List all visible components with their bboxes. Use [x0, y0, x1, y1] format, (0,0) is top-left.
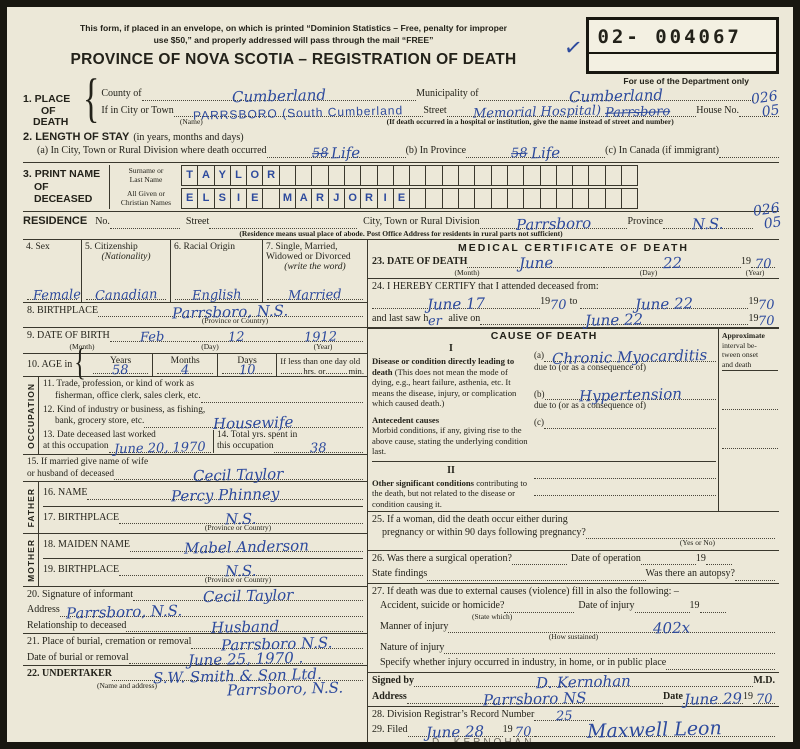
letter-cell [605, 165, 622, 186]
occupation-side-text: OCCUPATION [26, 383, 36, 449]
citizenship-fill: Canadian [86, 291, 166, 300]
informant-relationship-fill: Husband [126, 622, 363, 632]
letter-cell [605, 188, 622, 209]
length-of-stay-number: 2. [23, 131, 32, 145]
instruction-line-1: This form, if placed in an envelope, on … [23, 23, 564, 35]
letter-cell: E [246, 188, 263, 209]
industry-value: Housewife [213, 418, 294, 429]
operation-year-prefix: 19 [696, 553, 706, 566]
section-print-name: 3.PRINT NAME OF DECEASED Surname or Last… [23, 162, 779, 212]
county-value: Cumberland [232, 90, 326, 101]
given-names-caption: All Given or Christian Names [110, 189, 182, 207]
letter-cell [393, 165, 410, 186]
residence-street-label: Street [186, 216, 209, 229]
age-less-than-day: If less than one day old hrs. or min. [277, 354, 367, 377]
undertaker-label: 22. UNDERTAKER [27, 668, 112, 681]
father-name-fill: Percy Phinney [87, 490, 363, 500]
signed-by-value: D. Kernohan [536, 677, 631, 688]
letter-cell [556, 165, 573, 186]
occupation-block: OCCUPATION 11. Trade, profession, or kin… [23, 377, 367, 455]
injury-year-fill [700, 612, 726, 613]
operation-date-label: Date of operation [571, 553, 641, 566]
checkmark-icon: ✓ [562, 34, 584, 62]
age-days-value: 10 [239, 366, 256, 374]
serial-number: 02- 004067 [589, 20, 776, 54]
interval-fill-b [722, 410, 778, 449]
signed-date-label: Date [663, 691, 683, 704]
residence-province-label: Province [627, 216, 663, 229]
letter-cell: I [230, 188, 247, 209]
record-number-value: 25 [556, 713, 573, 721]
spouse-label-1: 15. If married give name of wife [27, 457, 148, 469]
certify-label: 24. I HEREBY CERTIFY that I attended dec… [372, 281, 599, 294]
print-name-number: 3. [23, 168, 32, 181]
letter-cell [572, 165, 589, 186]
mother-birthplace-fill: N.S. [119, 566, 363, 576]
letter-cell [279, 165, 296, 186]
mother-side-text: MOTHER [26, 539, 36, 582]
burial-place-label: 21. Place of burial, cremation or remova… [27, 636, 191, 649]
stay-c-fill [719, 157, 779, 158]
stay-b-struck: 58 [511, 150, 528, 158]
mother-side-label: MOTHER [23, 534, 39, 585]
accident-label: Accident, suicide or homicide? [372, 600, 504, 613]
certify-from-year: 70 [550, 302, 567, 310]
letter-cell [621, 188, 638, 209]
dob-label: 9. DATE OF BIRTH [27, 330, 110, 343]
residence-city-value: Parrsboro [516, 219, 591, 230]
age-brace: { [74, 348, 86, 383]
dod-year: 70 [755, 260, 772, 268]
age-years-fill: 58 [93, 366, 149, 375]
father-birthplace-note: (Province or Country) [43, 524, 363, 532]
death-registration-form: 026 05 026 05 This form, if placed in an… [0, 0, 800, 749]
father-birthplace-label: 17. BIRTHPLACE [43, 512, 119, 525]
serial-box-empty-row [589, 54, 776, 71]
marital-sub: (write the word) [266, 262, 364, 272]
letter-cell [507, 165, 524, 186]
age-months-fill: 4 [157, 366, 213, 375]
given-caption-1: All Given or [110, 189, 182, 198]
interval-line-2: interval be- [722, 341, 778, 350]
residence-city-label: City, Town or Rural Division [363, 216, 480, 229]
pregnancy-label-2: pregnancy or within 90 days following pr… [372, 527, 586, 540]
dept-use-note: For use of the Department only [23, 76, 779, 86]
marital-value: Married [288, 291, 342, 300]
main-columns: 4. Sex Female 5. Citizenship (Nationalit… [23, 239, 779, 749]
marital-fill: Married [267, 291, 363, 300]
certify-from-value: June 17 [427, 299, 485, 310]
dept-code-residence: 026 05 [752, 201, 782, 232]
record-number-label: 28. Division Registrar’s Record Number [372, 709, 534, 722]
signed-year-prefix: 19 [743, 691, 753, 704]
signed-address-fill: Parrsboro NS [407, 694, 663, 704]
manner-label: Manner of injury [372, 621, 448, 634]
pregnancy-fill [586, 538, 775, 539]
dod-day-fill: 22 [604, 258, 741, 268]
signed-by-label: Signed by [372, 675, 414, 688]
stay-a-struck: 58 [312, 150, 329, 158]
state-which-note: (State which) [372, 613, 775, 621]
last-saw-hand-er: er [428, 318, 442, 326]
record-number-fill: 25 [534, 712, 594, 721]
place-of-death-label: 1. PLACE OF DEATH [23, 88, 81, 129]
surname-caption-1: Surname or [110, 166, 182, 175]
field-signed: Signed by D. Kernohan M.D. Address Parrs… [368, 673, 779, 707]
last-saw-value: June 22 [585, 316, 643, 327]
operation-date-fill [641, 564, 696, 565]
field-certify: 24. I HEREBY CERTIFY that I attended dec… [368, 279, 779, 329]
interval-line-3: tween onset [722, 350, 778, 359]
residence-no-fill [110, 228, 180, 229]
spouse-value: Cecil Taylor [193, 470, 284, 481]
birthplace-fill: Parrsboro, N.S. [98, 307, 363, 317]
accident-fill [504, 612, 574, 613]
dod-day-note: (Day) [562, 268, 735, 277]
field-spouse: 15. If married give name of wife or husb… [23, 455, 367, 482]
signed-year-fill: 70 [753, 695, 775, 704]
letter-cell: E [393, 188, 410, 209]
sex-fill: Female [27, 291, 77, 300]
field-burial: 21. Place of burial, cremation or remova… [23, 634, 367, 666]
form-header: This form, if placed in an envelope, on … [23, 17, 779, 74]
age-min-label: min. [348, 366, 364, 377]
street-value: Memorial Hospital) [473, 108, 601, 119]
filed-year-prefix: 19 [503, 724, 513, 737]
signed-by-fill: D. Kernohan [414, 677, 753, 687]
residence-street-fill [209, 228, 357, 229]
age-months: Months 4 [153, 354, 218, 377]
certify-to-value: June 22 [635, 299, 693, 310]
residence-province-fill: N.S. [663, 219, 753, 229]
municipality-value: Cumberland [569, 90, 663, 101]
age-days: Days 10 [218, 354, 277, 377]
certify-to-label: to [570, 296, 578, 309]
signed-year-value: 70 [756, 696, 773, 704]
trade-fill [201, 402, 363, 403]
father-name-label: 16. NAME [43, 487, 87, 500]
age-days-fill: 10 [222, 366, 272, 375]
interval-fill-a [722, 371, 778, 410]
antecedent-bold: Antecedent causes [372, 415, 439, 425]
antecedent-rest: Morbid conditions, if any, giving rise t… [372, 425, 528, 456]
last-worked: 13. Date deceased last worked at this oc… [43, 430, 214, 453]
cause-p1-rest: (This does not mean the mode of dying, e… [372, 367, 516, 408]
street-value-struck: Parrsboro [605, 108, 670, 118]
autopsy-label: Was there an autopsy? [646, 568, 735, 581]
spouse-fill: Cecil Taylor [114, 470, 363, 480]
total-years-value: 38 [310, 445, 327, 453]
injury-date-label: Date of injury [578, 600, 634, 613]
citizenship-label: 5. Citizenship [85, 242, 167, 252]
other-conditions-fill-2 [534, 495, 716, 496]
print-name-l2: OF DECEASED [23, 181, 109, 205]
right-column medical-certificate: MEDICAL CERTIFICATE OF DEATH 23. DATE OF… [368, 240, 779, 749]
letter-cell [474, 165, 491, 186]
antecedent-text: Antecedent causesMorbid conditions, if a… [372, 415, 530, 457]
operation-fill [512, 564, 567, 565]
letter-cell [360, 165, 377, 186]
letter-cell [425, 188, 442, 209]
informant-address-fill: Parrsboro, N.S. [60, 607, 363, 617]
letter-cell [442, 165, 459, 186]
field-racial-origin: 6. Racial Origin English [171, 240, 263, 302]
letter-cell [540, 165, 557, 186]
house-no-fill [739, 116, 779, 117]
registrar-signature: Maxwell Leon [587, 724, 722, 739]
certify-from-fill: June 17 [372, 299, 540, 309]
section-residence: RESIDENCE No. Street City, Town or Rural… [23, 212, 779, 239]
letter-cell [523, 165, 540, 186]
form-title: PROVINCE OF NOVA SCOTIA – REGISTRATION O… [23, 51, 564, 69]
father-birthplace-fill: N.S. [119, 514, 363, 524]
field-sex: 4. Sex Female [23, 240, 82, 302]
letter-cell: J [328, 188, 345, 209]
certify-from-year-prefix: 19 [540, 296, 550, 309]
father-name-value: Percy Phinney [171, 489, 280, 501]
letter-cell [425, 165, 442, 186]
residence-no-label: No. [95, 216, 110, 229]
cause-a-fill: Chronic Myocarditis [544, 352, 716, 362]
mailing-instruction: This form, if placed in an envelope, on … [23, 23, 564, 46]
certify-to-fill: June 22 [580, 299, 748, 309]
letter-cell [572, 188, 589, 209]
surname-boxes: TAYLOR [182, 165, 779, 186]
signed-date-fill: June 29 [683, 694, 743, 704]
letter-cell [621, 165, 638, 186]
filed-label: 29. Filed [372, 724, 408, 737]
letter-cell: Y [214, 165, 231, 186]
field-age: 10. AGE in { Years 58 Months 4 Days 10 [23, 354, 367, 378]
occupation-side-label: OCCUPATION [23, 377, 39, 454]
burial-date-label: Date of burial or removal [27, 652, 129, 665]
cause-b-label: (b) [534, 389, 545, 400]
given-caption-2: Christian Names [110, 198, 182, 207]
dod-month-fill: June [467, 258, 604, 268]
field-citizenship: 5. Citizenship (Nationality) Canadian [82, 240, 171, 302]
findings-fill [427, 580, 645, 581]
age-hrs-label: hrs. or [303, 366, 325, 377]
interval-column: Approximate interval be- tween onset and… [718, 329, 779, 511]
cause-part-ii-text: Other significant conditions contributin… [372, 478, 530, 509]
medical-certificate-title: MEDICAL CERTIFICATE OF DEATH [368, 240, 779, 254]
mother-birthplace-label: 19. BIRTHPLACE [43, 564, 119, 577]
letter-cell: L [230, 165, 247, 186]
industry-label-2: bank, grocery store, etc. [43, 416, 144, 428]
informant-address-value: Parrsboro, N.S. [66, 606, 182, 618]
dob-year-fill: 1912 [279, 333, 363, 342]
letter-cell [328, 165, 345, 186]
cause-c-label: (c) [534, 417, 544, 428]
trade-label-1: 11. Trade, profession, or kind of work a… [43, 379, 194, 391]
father-block: FATHER 16. NAME Percy Phinney 17. BIRTHP… [23, 482, 367, 534]
mother-maiden-fill: Mabel Anderson [130, 542, 363, 552]
burial-date-value: June 25, 1970 . [188, 654, 304, 666]
marital-label-1: 7. Single, Married, [266, 242, 364, 252]
letter-cell [474, 188, 491, 209]
mother-maiden-value: Mabel Anderson [184, 541, 309, 553]
father-side-label: FATHER [23, 482, 39, 533]
specify-label: Specify whether injury occurred in indus… [372, 657, 666, 670]
residence-province-value: N.S. [692, 219, 724, 229]
letter-cell: O [246, 165, 263, 186]
last-saw-fill: June 22 [480, 315, 748, 325]
field-marital-status: 7. Single, Married, Widowed or Divorced … [263, 240, 367, 302]
letter-cell [458, 165, 475, 186]
stay-a-label: (a) In City, Town or Rural Division wher… [23, 145, 267, 158]
field-informant: 20. Signature of informant Cecil Taylor … [23, 587, 367, 635]
cause-b-value: Hypertension [579, 390, 682, 402]
dod-month: June [519, 259, 553, 269]
interval-line-4: and death [722, 360, 778, 371]
municipality-label: Municipality of [416, 88, 479, 101]
pregnancy-note: (Yes or No) [372, 539, 775, 547]
other-conditions-fill-1 [534, 478, 716, 479]
last-saw-label-2: alive on [448, 313, 480, 326]
dob-day-fill: 12 [194, 333, 278, 342]
signed-address-value: Parrsboro NS [483, 693, 587, 705]
citizenship-value: Canadian [95, 291, 158, 300]
letter-cell: O [344, 188, 361, 209]
operation-year-fill [706, 564, 732, 565]
given-names-boxes: ELSIEMARJORIE [182, 188, 779, 209]
length-of-stay-sub: (in years, months and days) [133, 132, 243, 145]
cause-p2-bold: Other significant conditions [372, 478, 474, 488]
filed-year-value: 70 [515, 729, 532, 737]
age-months-value: 4 [181, 366, 189, 374]
section-place-of-death: 1. PLACE OF DEATH { County of Cumberland… [23, 88, 779, 129]
racial-origin-label: 6. Racial Origin [174, 242, 259, 252]
letter-cell [556, 188, 573, 209]
md-label: M.D. [753, 675, 775, 688]
informant-value: Cecil Taylor [203, 591, 294, 602]
letter-cell: M [279, 188, 296, 209]
field-registrar: 28. Division Registrar’s Record Number 2… [368, 707, 779, 749]
residence-note: (Residence means usual place of abode. P… [23, 230, 779, 238]
field-operation: 26. Was there a surgical operation? Date… [368, 551, 779, 584]
undertaker-value-2: Parrsboro, N.S. [227, 684, 343, 696]
cause-c-fill [544, 428, 716, 429]
sex-label: 4. Sex [26, 242, 78, 252]
registrar-signature-fill: Maxwell Leon [535, 724, 775, 736]
signed-date-value: June 29 [684, 694, 742, 705]
serial-number-box: 02- 004067 [586, 17, 779, 74]
county-label: County of [101, 88, 141, 101]
stay-b-value: Life [531, 149, 560, 159]
dod-year-fill: 70 [751, 260, 775, 269]
mother-birthplace-value: N.S. [225, 567, 257, 577]
racial-origin-value: English [192, 291, 242, 300]
surname-caption: Surname or Last Name [110, 166, 182, 184]
surname-caption-2: Last Name [110, 175, 182, 184]
injury-date-fill [635, 612, 690, 613]
letter-cell [507, 188, 524, 209]
letter-cell [588, 165, 605, 186]
letter-cell [491, 165, 508, 186]
dod-day: 22 [663, 259, 682, 268]
informant-address-label: Address [27, 604, 60, 617]
letter-cell [523, 188, 540, 209]
dob-month-fill: Feb [110, 333, 194, 342]
letter-cell: R [311, 188, 328, 209]
county-fill: Cumberland [142, 91, 416, 101]
last-worked-value: June 20, 1970 [114, 444, 206, 454]
last-saw-label-1: and last saw h [372, 313, 428, 326]
dob-year: 1912 [304, 334, 337, 343]
total-years-fill: 38 [274, 444, 364, 453]
letter-cell [458, 188, 475, 209]
findings-label: State findings [372, 568, 427, 581]
last-saw-year: 70 [758, 318, 775, 326]
age-years: Years 58 [89, 354, 154, 377]
field-birthplace: 8. BIRTHPLACE Parrsboro, N.S. (Province … [23, 303, 367, 328]
trade-label-2: fisherman, office clerk, sales clerk, et… [43, 391, 201, 403]
certify-to-year: 70 [758, 302, 775, 310]
residence-label: RESIDENCE [23, 215, 87, 229]
cause-of-death-box: CAUSE OF DEATH I Disease or condition di… [368, 328, 779, 512]
row-4-7: 4. Sex Female 5. Citizenship (Nationalit… [23, 240, 367, 303]
place-brace: { [83, 76, 99, 141]
section-length-of-stay: 2. LENGTH OF STAY (in years, months and … [23, 131, 779, 158]
cause-part-i-text: Disease or condition directly leading to… [372, 356, 530, 408]
stay-a-fill: 58Life [267, 148, 406, 158]
place-label-3: DEATH [23, 117, 81, 129]
letter-cell [311, 165, 328, 186]
dob-day: 12 [228, 334, 245, 342]
print-name-label: 3.PRINT NAME OF DECEASED [23, 165, 110, 209]
street-fill: Memorial Hospital)Parrsboro [447, 108, 697, 117]
father-birthplace-value: N.S. [225, 515, 257, 525]
letter-cell: T [181, 165, 198, 186]
citizenship-sub: (Nationality) [85, 252, 167, 262]
last-worked-label-2: at this occupation [43, 441, 109, 453]
injury-year-prefix: 19 [690, 600, 700, 613]
stay-b-label: (b) In Province [406, 145, 467, 158]
interval-line-1: Approximate [722, 331, 778, 340]
left-column: 4. Sex Female 5. Citizenship (Nationalit… [23, 240, 368, 749]
letter-cell [491, 188, 508, 209]
informant-fill: Cecil Taylor [133, 591, 363, 601]
filed-year-fill: 70 [513, 728, 535, 737]
letter-cell [588, 188, 605, 209]
letter-cell: R [360, 188, 377, 209]
informant-relationship-value: Husband [210, 622, 278, 633]
city-town-value: PARRSBORO (South Cumberland [193, 107, 403, 120]
stay-a-value: Life [331, 149, 360, 159]
letter-cell [409, 165, 426, 186]
mother-block: MOTHER 18. MAIDEN NAME Mabel Anderson 19… [23, 534, 367, 586]
age-label: 10. AGE in [27, 359, 72, 370]
birthplace-label: 8. BIRTHPLACE [27, 305, 98, 318]
stay-c-label: (c) In Canada (if immigrant) [605, 145, 719, 158]
marital-label-2: Widowed or Divorced [266, 252, 364, 262]
letter-cell [540, 188, 557, 209]
cause-a-label: (a) [534, 350, 544, 361]
date-of-death-label: 23. DATE OF DEATH [372, 256, 467, 269]
city-town-label: If in City or Town [101, 105, 173, 118]
age-years-value: 58 [112, 366, 129, 374]
total-years: 14. Total yrs. spent in this occupation3… [214, 430, 363, 453]
how-sustained-note: (How sustained) [372, 633, 775, 641]
last-worked-label-1: 13. Date deceased last worked [43, 430, 156, 442]
field-external-causes: 27. If death was due to external causes … [368, 584, 779, 673]
mother-maiden-label: 18. MAIDEN NAME [43, 539, 130, 552]
autopsy-fill [735, 580, 775, 581]
letter-cell: S [214, 188, 231, 209]
field-pregnancy: 25. If a woman, did the death occur eith… [368, 512, 779, 550]
age-min-fill [326, 373, 347, 374]
dod-year-prefix: 19 [741, 256, 751, 269]
